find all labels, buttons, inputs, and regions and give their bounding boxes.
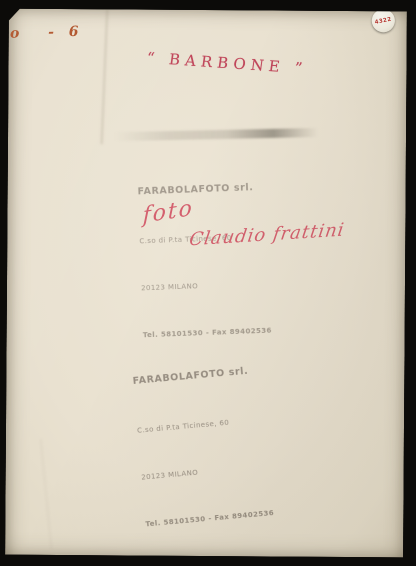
stamp-company-name: FARABOLAFOTO srl. <box>132 365 262 387</box>
stamp-phone: Tel. 58101530 - Fax 89402536 <box>145 509 274 529</box>
pencil-smudge <box>114 128 318 141</box>
agency-stamp-bottom: FARABOLAFOTO srl. C.so di P.ta Ticinese,… <box>129 327 278 566</box>
photographer-credit: foto Claudio frattini <box>137 192 338 283</box>
scanned-photo-back: ıo - 6 4322 “ BARBONE ” FARABOLAFOTO srl… <box>0 0 416 566</box>
sticker-number: 4322 <box>374 16 392 25</box>
stamp-city: 20123 MILANO <box>141 462 270 482</box>
inventory-sticker: 4322 <box>371 8 396 33</box>
title-handwriting: “ BARBONE ” <box>145 49 308 78</box>
corner-note-handwriting: ıo - 6 <box>4 24 80 42</box>
credit-name-handwriting: Claudio frattini <box>188 219 346 250</box>
paper-crease <box>40 439 52 549</box>
stamp-address: C.so di P.ta Ticinese, 60 <box>137 415 266 435</box>
paper-crease <box>101 9 109 144</box>
credit-word-handwriting: foto <box>142 196 194 229</box>
photo-paper: ıo - 6 4322 “ BARBONE ” FARABOLAFOTO srl… <box>5 9 407 558</box>
